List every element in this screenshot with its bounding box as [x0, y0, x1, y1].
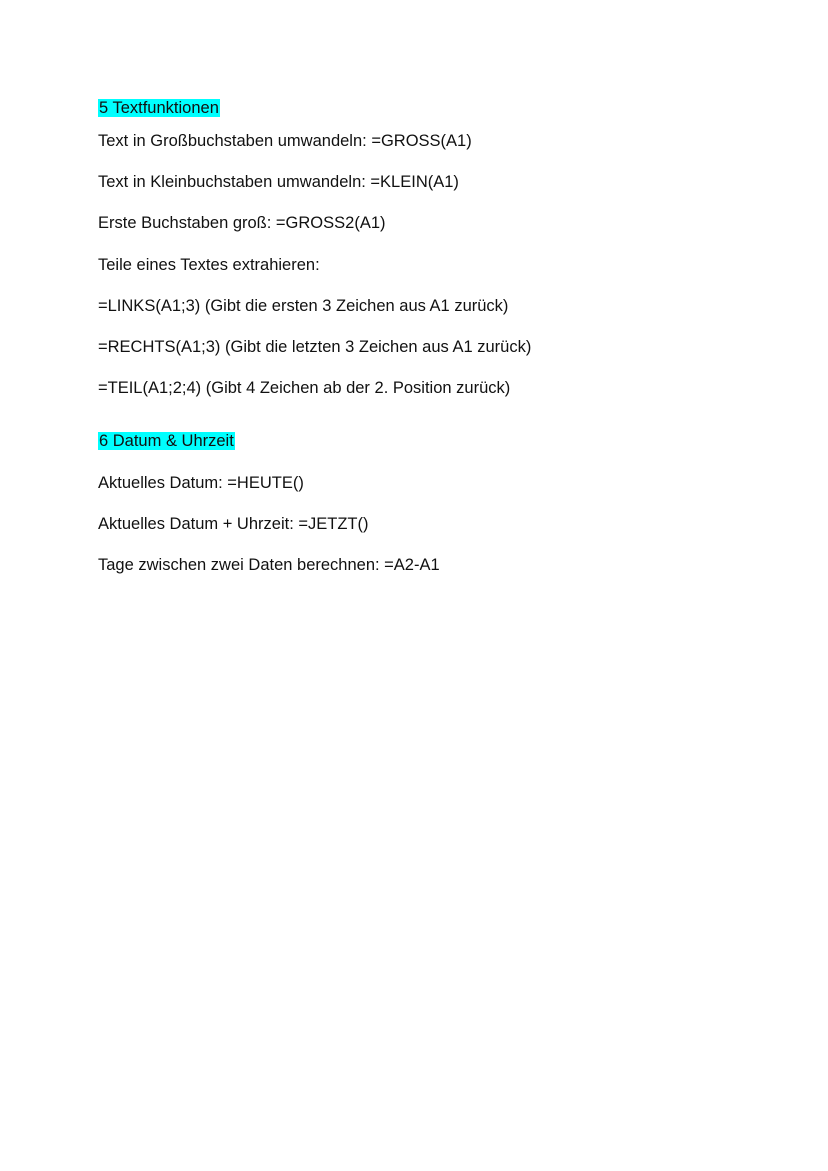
section-heading-textfunktionen: 5 Textfunktionen: [98, 98, 220, 118]
text-line: Teile eines Textes extrahieren:: [98, 255, 320, 275]
text-line: Text in Großbuchstaben umwandeln: =GROSS…: [98, 131, 472, 151]
section-heading-datum-uhrzeit: 6 Datum & Uhrzeit: [98, 431, 235, 451]
document-page: 5 Textfunktionen Text in Großbuchstaben …: [0, 0, 828, 1171]
text-line: Aktuelles Datum + Uhrzeit: =JETZT(): [98, 514, 369, 534]
heading-highlight: 6 Datum & Uhrzeit: [98, 432, 235, 450]
text-line: =LINKS(A1;3) (Gibt die ersten 3 Zeichen …: [98, 296, 508, 316]
heading-highlight: 5 Textfunktionen: [98, 99, 220, 117]
text-line: =RECHTS(A1;3) (Gibt die letzten 3 Zeiche…: [98, 337, 531, 357]
text-line: =TEIL(A1;2;4) (Gibt 4 Zeichen ab der 2. …: [98, 378, 510, 398]
text-line: Text in Kleinbuchstaben umwandeln: =KLEI…: [98, 172, 459, 192]
text-line: Erste Buchstaben groß: =GROSS2(A1): [98, 213, 386, 233]
text-line: Tage zwischen zwei Daten berechnen: =A2-…: [98, 555, 440, 575]
text-line: Aktuelles Datum: =HEUTE(): [98, 473, 304, 493]
